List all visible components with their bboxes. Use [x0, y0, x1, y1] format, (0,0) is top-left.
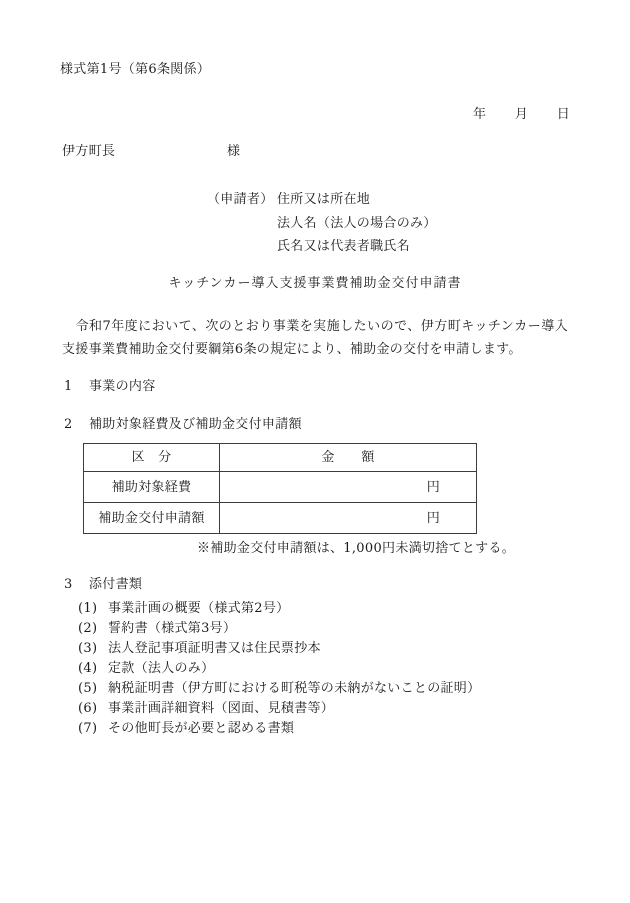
table-row-label-eligible-expenses: 補助対象経費: [84, 472, 220, 503]
item-text: その他町長が必要と認める書類: [108, 720, 294, 737]
attachment-item: (2) 誓約書（様式第3号）: [78, 620, 236, 637]
section-heading-subsidy-amount: 2 補助対象経費及び補助金交付申請額: [64, 416, 302, 433]
date-line: 年 月 日: [473, 106, 570, 123]
section-heading-attachments: 3 添付書類: [64, 576, 142, 593]
attachment-item: (7) その他町長が必要と認める書類: [78, 720, 294, 737]
section-number: 2: [64, 416, 89, 433]
item-number: (1): [78, 600, 108, 617]
yen-unit-label: 円: [427, 510, 440, 527]
section-title: 事業の内容: [89, 378, 156, 395]
attachment-item: (1) 事業計画の概要（様式第2号）: [78, 600, 289, 617]
addressee-name: 伊方町長: [62, 143, 115, 160]
item-number: (3): [78, 640, 108, 657]
table-header-category: 区 分: [84, 444, 220, 472]
body-paragraph-line-2: 支援事業費補助金交付要綱第6条の規定により、補助金の交付を申請します。: [62, 341, 522, 358]
applicant-company-line: 法人名（法人の場合のみ）: [277, 215, 437, 232]
item-number: (7): [78, 720, 108, 737]
applicant-name-line: 氏名又は代表者職氏名: [277, 238, 410, 255]
table-row-label-requested-amount: 補助金交付申請額: [84, 503, 220, 533]
section-title: 補助対象経費及び補助金交付申請額: [89, 416, 302, 433]
table-rounding-note: ※補助金交付申請額は、1,000円未満切捨てとする。: [197, 540, 515, 557]
item-text: 納税証明書（伊方町における町税等の未納がないことの証明）: [108, 680, 480, 697]
attachment-item: (4) 定款（法人のみ）: [78, 660, 214, 677]
item-text: 事業計画の概要（様式第2号）: [108, 600, 289, 617]
attachment-item: (3) 法人登記事項証明書又は住民票抄本: [78, 640, 321, 657]
item-text: 誓約書（様式第3号）: [108, 620, 236, 637]
date-year-label: 年: [473, 106, 486, 123]
item-number: (4): [78, 660, 108, 677]
applicant-label: （申請者）: [207, 191, 274, 208]
item-number: (5): [78, 680, 108, 697]
document-title: キッチンカー導入支援事業費補助金交付申請書: [0, 275, 630, 292]
yen-unit-label: 円: [427, 479, 440, 496]
attachment-item: (5) 納税証明書（伊方町における町税等の未納がないことの証明）: [78, 680, 480, 697]
attachment-item: (6) 事業計画詳細資料（図面、見積書等）: [78, 700, 334, 717]
date-day-label: 日: [557, 106, 570, 123]
table-cell-eligible-expenses-amount: 円: [220, 472, 476, 503]
section-title: 添付書類: [89, 576, 142, 593]
date-month-label: 月: [515, 106, 528, 123]
item-text: 定款（法人のみ）: [108, 660, 214, 677]
form-number-label: 様式第1号（第6条関係）: [60, 61, 210, 78]
item-text: 事業計画詳細資料（図面、見積書等）: [108, 700, 334, 717]
section-number: 1: [64, 378, 89, 395]
applicant-address-line: 住所又は所在地: [277, 191, 370, 208]
item-number: (6): [78, 700, 108, 717]
section-heading-business-content: 1 事業の内容: [64, 378, 156, 395]
item-number: (2): [78, 620, 108, 637]
body-paragraph-line-1: 令和7年度において、次のとおり事業を実施したいので、伊方町キッチンカー導入: [62, 318, 568, 335]
table-header-amount: 金 額: [220, 444, 476, 472]
section-number: 3: [64, 576, 89, 593]
addressee-honorific: 様: [227, 143, 240, 160]
item-text: 法人登記事項証明書又は住民票抄本: [108, 640, 321, 657]
subsidy-cost-table: 区 分 金 額 補助対象経費 円 補助金交付申請額 円: [83, 443, 477, 534]
table-cell-requested-amount: 円: [220, 503, 476, 533]
